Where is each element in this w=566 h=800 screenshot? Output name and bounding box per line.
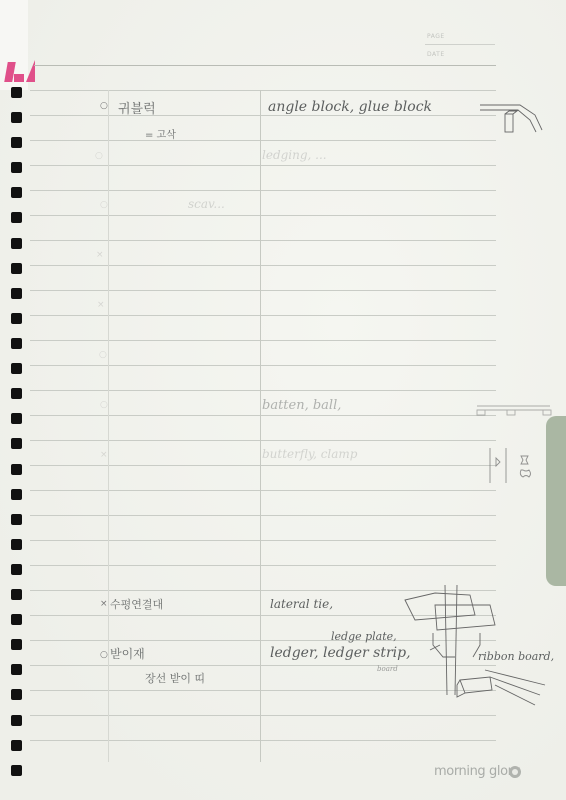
ruled-line — [30, 190, 496, 191]
ruled-line — [30, 240, 496, 241]
term-en: lateral tie, — [270, 597, 333, 611]
binding-hole — [11, 313, 22, 324]
binding-hole — [11, 238, 22, 249]
entry-marker: ○ — [95, 151, 103, 161]
binding-hole — [11, 664, 22, 675]
binding-hole — [11, 137, 22, 148]
angle-block-sketch — [480, 100, 550, 140]
entry-marker: × — [96, 250, 104, 260]
batten-sketch — [475, 398, 555, 423]
pink-index-mark — [4, 60, 36, 86]
ruled-line — [30, 265, 496, 266]
ruled-line — [30, 440, 496, 441]
binding-hole — [11, 363, 22, 374]
butterfly-key-sketch — [488, 448, 548, 488]
note-ko: 장선 받이 띠 — [145, 670, 205, 686]
ruled-line — [30, 565, 496, 566]
term-ko: 귀블럭 — [118, 98, 156, 117]
binding-hole — [11, 288, 22, 299]
ruled-line — [30, 465, 496, 466]
ruled-line — [30, 365, 496, 366]
term-ko: 받이재 — [110, 645, 145, 662]
term-en: batten, ball, — [262, 398, 341, 413]
binding-hole — [11, 112, 22, 123]
date-label: DATE — [427, 51, 445, 58]
left-margin-line — [108, 90, 109, 762]
entry-marker: ○ — [100, 200, 108, 210]
binding-hole — [11, 162, 22, 173]
binding-hole — [11, 539, 22, 550]
header-rule — [34, 65, 496, 66]
binding-hole — [11, 589, 22, 600]
ruled-line — [30, 165, 496, 166]
binding-hole — [11, 212, 22, 223]
binding-hole — [11, 438, 22, 449]
binding-hole — [11, 715, 22, 726]
binding-hole — [11, 187, 22, 198]
page-field-rule — [425, 44, 495, 45]
ruled-line — [30, 90, 496, 91]
ruled-line — [30, 215, 496, 216]
entry-marker: × — [100, 450, 108, 460]
ruled-line — [30, 115, 496, 116]
ruled-line — [30, 140, 496, 141]
entry-marker: × — [97, 300, 105, 310]
index-tab — [546, 416, 566, 586]
binding-hole — [11, 639, 22, 650]
binding-hole — [11, 87, 22, 98]
entry-marker: ○ — [100, 400, 108, 410]
ruled-line — [30, 415, 496, 416]
term-en: butterfly, clamp — [262, 447, 357, 461]
ruled-line — [30, 315, 496, 316]
binding-hole — [11, 263, 22, 274]
note-ko: = 고삭 — [145, 126, 176, 141]
term-ko: 수평연결대 — [110, 596, 163, 612]
binding-hole — [11, 388, 22, 399]
notebook-page: PAGE DATE ○ 귀블럭 = 고삭 angle block, glue b… — [0, 0, 566, 800]
binding-hole — [11, 614, 22, 625]
entry-marker: × — [100, 599, 108, 609]
center-divider-line — [260, 90, 261, 762]
binding-hole — [11, 413, 22, 424]
brand-logo-text: morning glory — [434, 764, 520, 779]
morning-glory-flower-icon — [509, 766, 521, 778]
binding-hole — [11, 689, 22, 700]
term-en: ledger, ledger strip, — [270, 645, 411, 661]
term-en: scav... — [188, 197, 225, 211]
term-en-above: ledge plate, — [331, 630, 397, 643]
binding-hole — [11, 464, 22, 475]
ruled-line — [30, 515, 496, 516]
term-en: ledging, ... — [262, 148, 327, 162]
ruled-line — [30, 540, 496, 541]
binding-hole — [11, 338, 22, 349]
ruled-line — [30, 290, 496, 291]
entry-marker: ○ — [100, 101, 108, 111]
binding-hole — [11, 564, 22, 575]
ruled-line — [30, 340, 496, 341]
binding-hole — [11, 740, 22, 751]
binding-hole — [11, 489, 22, 500]
binding-hole — [11, 765, 22, 776]
entry-marker: ○ — [99, 350, 107, 360]
page-label: PAGE — [427, 33, 445, 40]
ruled-line — [30, 740, 496, 741]
ruled-line — [30, 390, 496, 391]
ruled-line — [30, 490, 496, 491]
binding-hole — [11, 514, 22, 525]
entry-marker: ○ — [100, 650, 108, 660]
term-en: angle block, glue block — [268, 99, 432, 115]
ledger-joint-sketch — [395, 585, 555, 725]
